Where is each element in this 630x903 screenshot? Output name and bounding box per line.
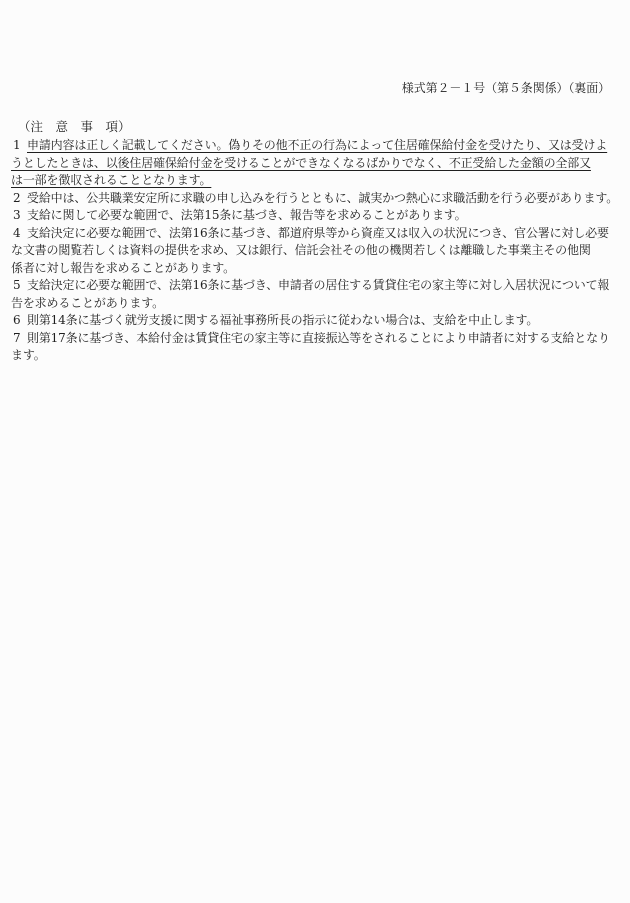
note-item-number: 5 [13, 277, 27, 295]
note-item-number: 2 [13, 190, 27, 208]
note-line-text: ます。 [0, 347, 630, 365]
note-line-text: 則第14条に基づく就労支援に関する福祉事務所長の指示に従わない場合は、支給を中止… [27, 313, 538, 327]
note-line-text: な文書の閲覧若しくは資料の提供を求め、又は銀行、信託会社その他の機関若しくは離職… [0, 242, 630, 260]
note-line-text: 支給決定に必要な範囲で、法第16条に基づき、申請者の居住する賃貸住宅の家主等に対… [27, 278, 609, 292]
note-item-number: 7 [13, 330, 27, 348]
note-item-number: 4 [13, 225, 27, 243]
document-page: 様式第２－１号（第５条関係）（裏面） （注 意 事 項） 1申請内容は正しく記載… [0, 0, 630, 903]
note-item-number: 3 [13, 207, 27, 225]
note-line: 3支給に関して必要な範囲で、法第15条に基づき、報告等を求めることがあります。 [0, 207, 630, 225]
note-line: 4支給決定に必要な範囲で、法第16条に基づき、都道府県等から資産又は収入の状況に… [0, 225, 630, 243]
note-line: 7則第17条に基づき、本給付金は賃貸住宅の家主等に直接振込等をされることにより申… [0, 330, 630, 348]
notes-heading: （注 意 事 項） [0, 118, 630, 136]
note-line: 1申請内容は正しく記載してください。偽りその他不正の行為によって住居確保給付金を… [0, 137, 630, 155]
note-line-text: うとしたときは、以後住居確保給付金を受けることができなくなるばかりでなく、不正受… [0, 155, 630, 173]
note-line: 2受給中は、公共職業安定所に求職の申し込みを行うとともに、誠実かつ熱心に求職活動… [0, 190, 630, 208]
note-item-4: 4支給決定に必要な範囲で、法第16条に基づき、都道府県等から資産又は収入の状況に… [0, 225, 630, 278]
note-item-5: 5支給決定に必要な範囲で、法第16条に基づき、申請者の居住する賃貸住宅の家主等に… [0, 277, 630, 312]
note-line-text: 則第17条に基づき、本給付金は賃貸住宅の家主等に直接振込等をされることにより申請… [27, 331, 610, 345]
note-item-1: 1申請内容は正しく記載してください。偽りその他不正の行為によって住居確保給付金を… [0, 137, 630, 190]
note-item-6: 6則第14条に基づく就労支援に関する福祉事務所長の指示に従わない場合は、支給を中… [0, 312, 630, 330]
note-line-text: 支給に関して必要な範囲で、法第15条に基づき、報告等を求めることがあります。 [27, 208, 467, 222]
form-number-text: 様式第２－１号（第５条関係）（裏面） [402, 81, 610, 95]
note-line: 5支給決定に必要な範囲で、法第16条に基づき、申請者の居住する賃貸住宅の家主等に… [0, 277, 630, 295]
note-line-text: 支給決定に必要な範囲で、法第16条に基づき、都道府県等から資産又は収入の状況につ… [27, 226, 609, 240]
note-item-number: 6 [13, 312, 27, 330]
note-line-text: 係者に対し報告を求めることがあります。 [0, 260, 630, 278]
note-item-2: 2受給中は、公共職業安定所に求職の申し込みを行うとともに、誠実かつ熱心に求職活動… [0, 190, 630, 208]
note-line: 6則第14条に基づく就労支援に関する福祉事務所長の指示に従わない場合は、支給を中… [0, 312, 630, 330]
note-line-text: 受給中は、公共職業安定所に求職の申し込みを行うとともに、誠実かつ熱心に求職活動を… [27, 191, 618, 205]
note-line-text: は一部を徴収されることとなります。 [0, 172, 630, 190]
note-line-text: 告を求めることがあります。 [0, 295, 630, 313]
note-item-7: 7則第17条に基づき、本給付金は賃貸住宅の家主等に直接振込等をされることにより申… [0, 330, 630, 365]
notes-section: （注 意 事 項） 1申請内容は正しく記載してください。偽りその他不正の行為によ… [0, 118, 630, 365]
note-item-number: 1 [13, 137, 27, 155]
form-number-header: 様式第２－１号（第５条関係）（裏面） [0, 79, 610, 96]
note-item-3: 3支給に関して必要な範囲で、法第15条に基づき、報告等を求めることがあります。 [0, 207, 630, 225]
note-line-text: 申請内容は正しく記載してください。偽りその他不正の行為によって住居確保給付金を受… [27, 138, 607, 152]
